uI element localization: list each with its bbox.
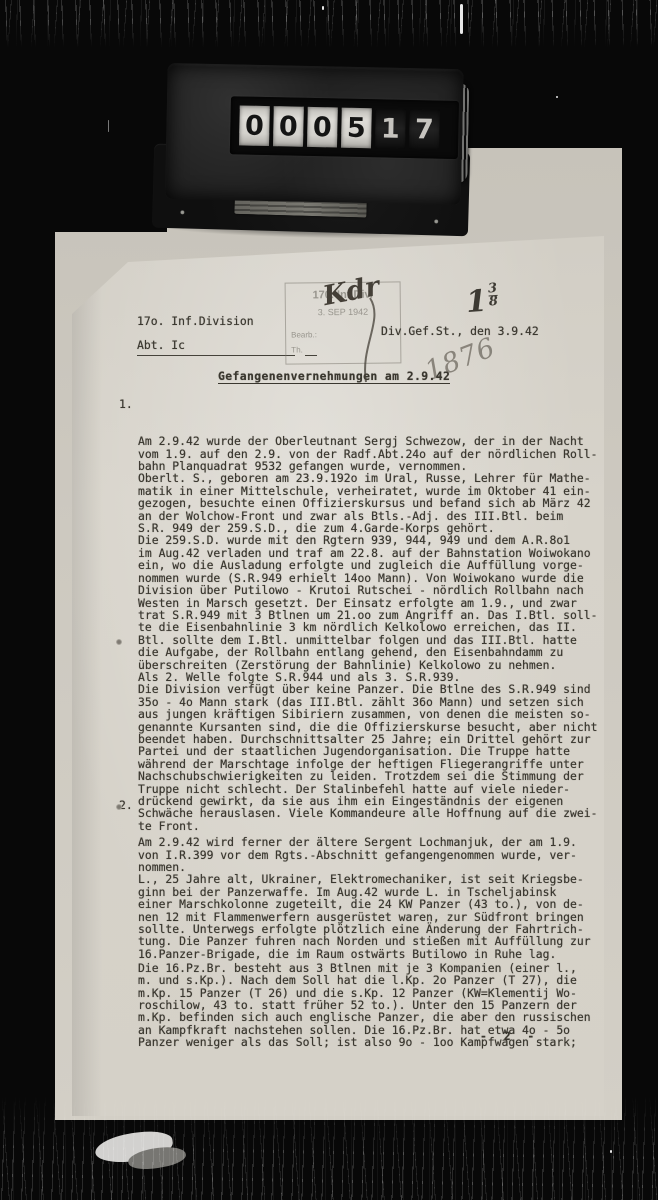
- stamp-initials: Th.: [291, 345, 303, 354]
- fraction-whole: 1: [465, 284, 488, 320]
- place-date-line: Div.Gef.St., den 3.9.42: [381, 325, 539, 337]
- section-1: 1. Am 2.9.42 wurde der Oberleutnant Serg…: [138, 398, 597, 857]
- department-label: Abt. Ic: [137, 339, 185, 351]
- counter-digit: 7: [409, 109, 440, 150]
- counter-digit: 1: [375, 108, 406, 149]
- film-scratches-bottom: [0, 1095, 658, 1200]
- section-2-continued: Die 16.Pz.Br. besteht aus 3 Btlnen mit j…: [138, 937, 591, 1073]
- film-scratches-top: [0, 0, 658, 48]
- section-1-text: Am 2.9.42 wurde der Oberleutnant Sergj S…: [138, 435, 597, 832]
- handwritten-fraction: 138: [465, 283, 499, 320]
- screw-icon: [180, 210, 184, 214]
- device-body: 0 0 0 5 1 7: [165, 63, 464, 205]
- stamp-bearb: Bearb.:: [291, 330, 317, 339]
- binder-hole-bottom: [116, 804, 122, 810]
- unit-designation: 17o. Inf.Division: [137, 315, 254, 327]
- binder-hole-top: [116, 639, 122, 645]
- counter-digit: 0: [273, 106, 304, 147]
- film-frame: 17o. Inf.Division Abt. Ic 170. Inf.Div. …: [0, 0, 658, 1200]
- film-scratch-mark: [460, 4, 463, 34]
- document-page: 17o. Inf.Division Abt. Ic 170. Inf.Div. …: [72, 236, 604, 1116]
- counter-digits: 0 0 0 5 1 7: [239, 105, 440, 149]
- screw-icon: [434, 219, 438, 223]
- underline-rule: [137, 355, 295, 356]
- film-speck: [322, 6, 324, 10]
- film-speck: [556, 96, 558, 98]
- counter-window: 0 0 0 5 1 7: [230, 96, 459, 159]
- counter-digit: 0: [307, 107, 338, 148]
- counter-digit: 5: [341, 108, 372, 149]
- film-speck: [108, 120, 109, 132]
- fraction-denominator: 8: [488, 295, 498, 309]
- kdr-signature-flourish: [340, 296, 400, 386]
- page-number: - 2 -: [480, 1030, 539, 1042]
- document-title: Gefangenenvernehmungen am 2.9.42: [218, 370, 450, 384]
- counter-digit: 0: [239, 105, 270, 146]
- frame-counter-device: 0 0 0 5 1 7: [136, 48, 492, 243]
- section-1-number: 1.: [119, 398, 133, 410]
